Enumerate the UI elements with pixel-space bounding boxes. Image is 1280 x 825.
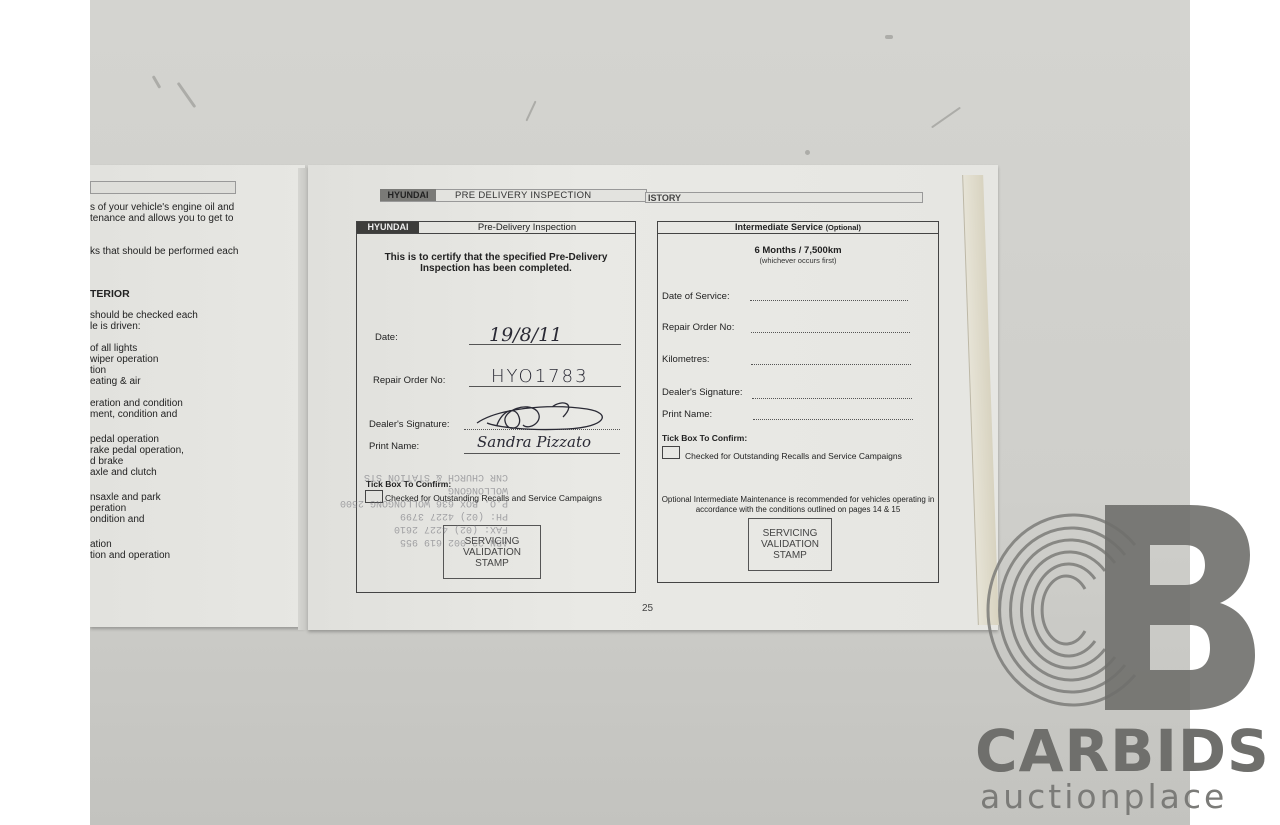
dealer-stamp-line: PH: (02) 4227 3799 <box>340 509 508 522</box>
stamp-line: VALIDATION <box>444 547 540 558</box>
surface-mark <box>177 82 197 108</box>
left-page-line: TERIOR <box>90 289 130 300</box>
print-name-line <box>464 453 620 454</box>
pdi-title: Pre-Delivery Inspection <box>419 222 635 233</box>
stamp-line: STAMP <box>749 550 831 561</box>
header-brand: HYUNDAI <box>380 189 436 201</box>
left-page-line: should be checked each <box>90 310 198 321</box>
int-print-name-field[interactable] <box>753 419 913 420</box>
pdi-brand: HYUNDAI <box>357 222 419 233</box>
left-page-line: s of your vehicle's engine oil and <box>90 202 234 213</box>
surface-mark <box>525 101 536 122</box>
dealer-stamp-line: ABN 22 002 619 955 <box>340 535 508 548</box>
dealer-stamp-line: WOLLONGONG <box>340 483 508 496</box>
intermediate-title: Intermediate Service <box>735 222 823 232</box>
signature-label: Dealer's Signature: <box>369 419 450 430</box>
left-page-line: wiper operation <box>90 354 158 365</box>
left-page-line: ks that should be performed each <box>90 246 238 257</box>
page-number: 25 <box>642 603 653 614</box>
kilometres-label: Kilometres: <box>662 354 710 365</box>
left-page-header-bar <box>90 181 236 194</box>
left-page-line: tion <box>90 365 106 376</box>
left-page-line: pedal operation <box>90 434 159 445</box>
print-name-label: Print Name: <box>369 441 419 452</box>
dealer-stamp-line: P.O. BOX 636 WOLLONGONG 2500 <box>340 496 508 509</box>
pdi-header: HYUNDAI Pre-Delivery Inspection <box>357 222 635 234</box>
left-page-line: nsaxle and park <box>90 492 161 503</box>
left-page-line: peration <box>90 503 126 514</box>
repair-order-field[interactable]: HYO1783 <box>491 366 589 387</box>
left-page-line: axle and clutch <box>90 467 157 478</box>
int-signature-label: Dealer's Signature: <box>662 387 743 398</box>
int-repair-order-field[interactable] <box>751 332 910 333</box>
date-field[interactable]: 19/8/11 <box>489 324 562 346</box>
left-page-line: rake pedal operation, <box>90 445 184 456</box>
dealer-stamp-line: CNR CHURCH & STATION STS <box>340 470 508 483</box>
certification-text: This is to certify that the specified Pr… <box>377 252 615 274</box>
surface-mark <box>152 75 162 89</box>
date-of-service-label: Date of Service: <box>662 291 730 302</box>
letter-b-logo-icon <box>1095 505 1255 710</box>
int-repair-order-label: Repair Order No: <box>662 322 734 333</box>
int-recalls-checkbox[interactable] <box>662 446 680 459</box>
header-band-right <box>645 192 923 203</box>
left-page-line: eration and condition <box>90 398 183 409</box>
left-page-line: tion and operation <box>90 550 170 561</box>
left-page-line: ondition and <box>90 514 145 525</box>
header-title: PRE DELIVERY INSPECTION <box>455 190 591 201</box>
left-page-line: tenance and allows you to get to <box>90 213 233 224</box>
int-print-name-label: Print Name: <box>662 409 712 420</box>
surface-mark <box>931 107 961 129</box>
repair-order-label: Repair Order No: <box>373 375 445 386</box>
surface-mark <box>805 150 810 155</box>
left-page-line: ment, condition and <box>90 409 177 420</box>
header-right-title: ISTORY <box>648 193 681 203</box>
stamp-line: SERVICING <box>749 528 831 539</box>
watermark-sub: auctionplace <box>980 777 1227 816</box>
surface-mark <box>885 35 893 39</box>
service-period: 6 Months / 7,500km <box>658 245 938 256</box>
intermediate-service-form: Intermediate Service (Optional) 6 Months… <box>657 221 939 583</box>
int-servicing-validation-stamp: SERVICING VALIDATION STAMP <box>748 518 832 571</box>
service-period-note: (whichever occurs first) <box>658 256 938 265</box>
intermediate-title-suffix: (Optional) <box>826 223 861 232</box>
date-label: Date: <box>375 332 398 343</box>
watermark-brand: CARBIDS <box>975 717 1270 785</box>
stamp-line: VALIDATION <box>749 539 831 550</box>
intermediate-header: Intermediate Service (Optional) <box>658 222 938 234</box>
carbids-watermark: CARBIDS auctionplace <box>975 505 1260 820</box>
int-signature-field[interactable] <box>752 398 912 399</box>
print-name-field[interactable]: Sandra Pizzato <box>477 433 591 451</box>
left-page-line: ation <box>90 539 112 550</box>
left-page-line: le is driven: <box>90 321 141 332</box>
left-page-line: eating & air <box>90 376 141 387</box>
left-page-line: d brake <box>90 456 123 467</box>
left-page-line: of all lights <box>90 343 137 354</box>
dealer-ink-stamp: ABN 22 002 619 955 FAX: (02) 4227 2610 P… <box>340 470 508 548</box>
kilometres-field[interactable] <box>751 364 911 365</box>
int-tick-confirm-label: Tick Box To Confirm: <box>662 433 747 443</box>
dealer-signature[interactable] <box>467 397 617 437</box>
dealer-stamp-line: FAX: (02) 4227 2610 <box>340 522 508 535</box>
optional-maintenance-note: Optional Intermediate Maintenance is rec… <box>660 495 936 515</box>
int-recalls-checkbox-label: Checked for Outstanding Recalls and Serv… <box>685 451 902 461</box>
date-of-service-field[interactable] <box>750 300 908 301</box>
stamp-line: STAMP <box>444 558 540 569</box>
